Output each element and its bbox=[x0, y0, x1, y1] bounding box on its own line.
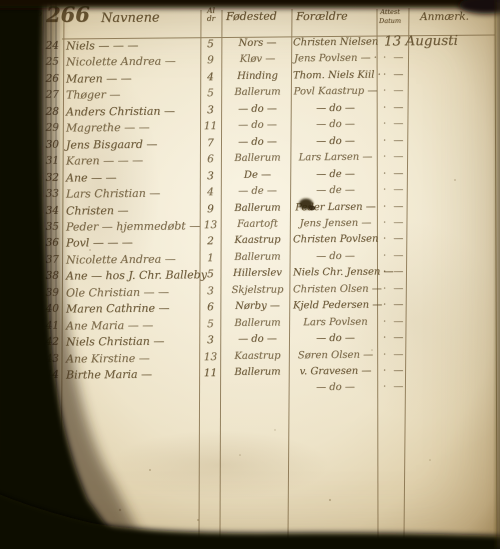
datum-mark: · — bbox=[383, 299, 443, 311]
name-cell: Peder — hjemmedøbt — bbox=[66, 219, 200, 233]
age-cell: 9 bbox=[197, 203, 224, 215]
name-cell: Ane Kirstine — bbox=[66, 351, 200, 365]
datum-mark: · — bbox=[383, 348, 443, 360]
parents-cell: Christen Nielsen bbox=[293, 37, 378, 49]
remark-cell: 13 Augusti bbox=[384, 32, 496, 49]
age-cell: 5 bbox=[197, 268, 224, 280]
name-cell: Christen — bbox=[66, 203, 200, 217]
datum-mark: · — bbox=[383, 381, 443, 393]
birthplace-cell: Skjelstrup bbox=[224, 284, 291, 296]
birthplace-cell: Ballerum bbox=[224, 366, 291, 378]
age-cell: 5 bbox=[197, 38, 224, 50]
name-cell: Nicolette Andrea — bbox=[66, 252, 200, 266]
parents-cell: Jens Jensen — bbox=[293, 218, 378, 230]
datum-mark: · — bbox=[383, 250, 443, 262]
name-cell: Ole Christian — — bbox=[66, 285, 200, 299]
age-cell: 4 bbox=[197, 71, 224, 83]
age-cell: 6 bbox=[197, 301, 224, 313]
datum-mark: · — bbox=[383, 316, 443, 328]
datum-mark: · — bbox=[383, 184, 443, 196]
birthplace-cell: Kaastrup bbox=[224, 235, 291, 247]
birthplace-cell: Hillerslev bbox=[224, 268, 291, 280]
age-cell: 13 bbox=[197, 351, 224, 363]
birthplace-cell: — do — bbox=[224, 136, 291, 148]
age-cell: 2 bbox=[197, 235, 224, 247]
birthplace-cell: Kaastrup bbox=[224, 350, 291, 362]
birthplace-cell: Ballerum bbox=[224, 317, 291, 329]
datum-mark: · — bbox=[383, 69, 443, 81]
name-cell: Karen — — — bbox=[66, 153, 200, 167]
name-cell: Ane Maria — — bbox=[66, 318, 200, 332]
name-cell: Povl — — — bbox=[66, 236, 200, 250]
age-cell: 1 bbox=[197, 252, 224, 264]
parents-cell: Niels Chr. Jensen — bbox=[293, 267, 378, 279]
birthplace-cell: Ballerum bbox=[224, 251, 291, 263]
parents-cell: — de — bbox=[293, 168, 378, 180]
age-cell: 5 bbox=[197, 87, 224, 99]
parents-cell: Povl Kaastrup — bbox=[293, 86, 378, 98]
datum-mark: · — bbox=[383, 102, 443, 114]
name-cell: Lars Christian — bbox=[66, 186, 200, 200]
name-cell: Niels — — — bbox=[66, 38, 200, 52]
parents-cell: — do — bbox=[293, 119, 378, 131]
birthplace-cell: Ballerum bbox=[224, 202, 291, 214]
datum-mark: · — bbox=[383, 266, 443, 278]
parents-cell: Christen Olsen — bbox=[293, 283, 378, 295]
age-cell: 3 bbox=[197, 285, 224, 297]
age-cell: 13 bbox=[197, 219, 224, 231]
parents-cell: Kjeld Pedersen — bbox=[293, 300, 378, 312]
datum-mark: · — bbox=[383, 283, 443, 295]
parents-cell: Christen Povlsen bbox=[293, 234, 378, 246]
parents-cell: — do — bbox=[293, 382, 378, 394]
parents-cell: — de — bbox=[293, 185, 378, 197]
birthplace-cell: Ballerum bbox=[224, 153, 291, 165]
birthplace-cell: Faartoft bbox=[224, 218, 291, 230]
name-cell: Maren Cathrine — bbox=[66, 301, 200, 315]
datum-mark: · — bbox=[383, 135, 443, 147]
name-cell: Jens Bisgaard — bbox=[66, 137, 200, 151]
name-cell: Ane — — bbox=[66, 170, 200, 184]
name-cell: Magrethe — — bbox=[66, 121, 200, 135]
datum-mark: · — bbox=[383, 52, 443, 64]
birthplace-cell: Hinding bbox=[224, 70, 291, 82]
parents-cell: — do — bbox=[293, 250, 378, 262]
parents-cell: Søren Olsen — bbox=[293, 349, 378, 361]
datum-mark: · — bbox=[383, 217, 443, 229]
age-cell: 6 bbox=[197, 153, 224, 165]
age-cell: 7 bbox=[197, 137, 224, 149]
age-cell: 9 bbox=[197, 54, 224, 66]
name-cell: Thøger — bbox=[66, 88, 200, 102]
parents-cell: — do — bbox=[293, 102, 378, 114]
name-cell: Maren — — bbox=[66, 71, 200, 85]
parents-cell: Jens Povlsen — · bbox=[293, 53, 378, 65]
datum-mark: · — bbox=[383, 151, 443, 163]
scanned-register-page: No 266 Navnene Al dr Fødested Forældre A… bbox=[0, 0, 500, 549]
age-cell: 11 bbox=[197, 120, 224, 132]
book-spine-texture bbox=[0, 0, 60, 549]
parents-cell: Peder Larsen — bbox=[293, 201, 378, 213]
datum-mark: · — bbox=[383, 332, 443, 344]
parents-cell: — do — bbox=[293, 135, 378, 147]
datum-mark: · — bbox=[383, 233, 443, 245]
table-row: — do —· — bbox=[0, 381, 500, 403]
parents-cell: Lars Povlsen bbox=[293, 316, 378, 328]
age-cell: 3 bbox=[197, 334, 224, 346]
parents-cell: — do — bbox=[293, 333, 378, 345]
age-cell: 3 bbox=[197, 104, 224, 116]
table-rows: 24Niels — — —5Nors —Christen Nielsen13 A… bbox=[0, 0, 500, 549]
datum-mark: · — bbox=[383, 118, 443, 130]
parents-cell: v. Gravesen — bbox=[293, 366, 378, 378]
datum-mark: · — bbox=[383, 200, 443, 212]
datum-mark: · — bbox=[383, 85, 443, 97]
name-cell: Niels Christian — bbox=[66, 334, 200, 348]
birthplace-cell: Nors — bbox=[224, 37, 291, 49]
birthplace-cell: — do — bbox=[224, 103, 291, 115]
birthplace-cell: — do — bbox=[224, 333, 291, 345]
name-cell: Nicolette Andrea — bbox=[66, 55, 200, 69]
name-cell: Anders Christian — bbox=[66, 104, 200, 118]
birthplace-cell: De — bbox=[224, 169, 291, 181]
age-cell: 3 bbox=[197, 170, 224, 182]
age-cell: 11 bbox=[197, 367, 224, 379]
name-cell: Birthe Maria — bbox=[66, 367, 200, 381]
birthplace-cell: Ballerum bbox=[224, 87, 291, 99]
age-cell: 4 bbox=[197, 186, 224, 198]
age-cell: 5 bbox=[197, 318, 224, 330]
birthplace-cell: Kløv — bbox=[224, 54, 291, 66]
birthplace-cell: Nørby — bbox=[224, 301, 291, 313]
datum-mark: · — bbox=[383, 168, 443, 180]
parents-cell: Thom. Niels Kiil · bbox=[293, 69, 378, 81]
parents-cell: Lars Larsen — bbox=[293, 152, 378, 164]
birthplace-cell: — do — bbox=[224, 120, 291, 132]
handwriting-layer: No 266 Navnene Al dr Fødested Forældre A… bbox=[0, 0, 500, 549]
birthplace-cell: — de — bbox=[224, 185, 291, 197]
name-cell: Ane — hos J. Chr. Balleby bbox=[66, 269, 200, 283]
datum-mark: · — bbox=[383, 365, 443, 377]
